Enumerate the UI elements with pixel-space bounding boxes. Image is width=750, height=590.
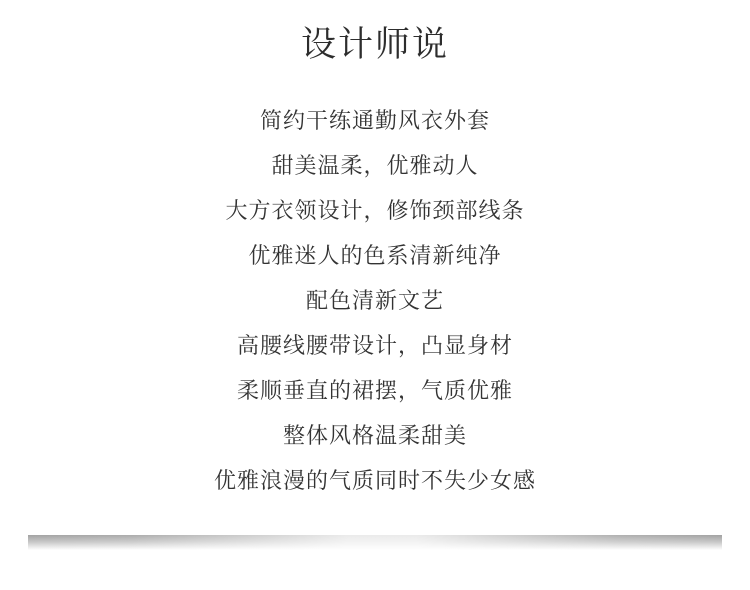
description-line: 简约干练通勤风衣外套 [0,99,750,144]
description-line: 甜美温柔，优雅动人 [0,144,750,189]
description-lines: 简约干练通勤风衣外套 甜美温柔，优雅动人 大方衣领设计，修饰颈部线条 优雅迷人的… [0,99,750,504]
description-line: 优雅浪漫的气质同时不失少女感 [0,459,750,504]
description-line: 高腰线腰带设计，凸显身材 [0,324,750,369]
section-title: 设计师说 [0,0,750,66]
next-section-shadow-divider [28,535,722,550]
description-line: 整体风格温柔甜美 [0,414,750,459]
description-line: 配色清新文艺 [0,279,750,324]
description-line: 柔顺垂直的裙摆，气质优雅 [0,369,750,414]
description-line: 大方衣领设计，修饰颈部线条 [0,189,750,234]
description-line: 优雅迷人的色系清新纯净 [0,234,750,279]
designer-notes-panel: 设计师说 简约干练通勤风衣外套 甜美温柔，优雅动人 大方衣领设计，修饰颈部线条 … [0,0,750,590]
